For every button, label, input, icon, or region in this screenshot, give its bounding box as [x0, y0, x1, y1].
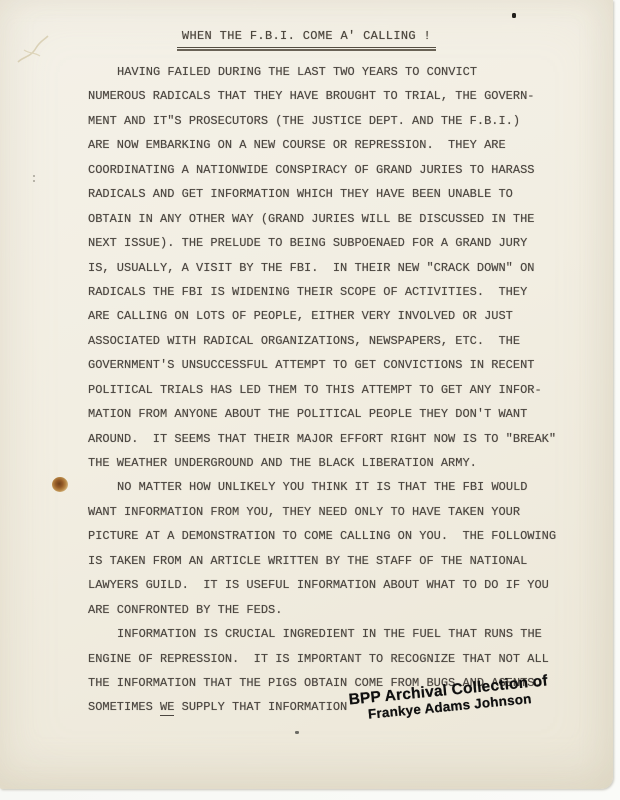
edge-mark [33, 175, 35, 177]
text-segment: SOMETIMES [88, 700, 160, 714]
text-line: HAVING FAILED DURING THE LAST TWO YEARS … [88, 60, 588, 84]
title-container: WHEN THE F.B.I. COME A' CALLING ! [0, 26, 613, 48]
text-line: MATION FROM ANYONE ABOUT THE POLITICAL P… [88, 402, 588, 426]
text-line: RADICALS THE FBI IS WIDENING THEIR SCOPE… [88, 280, 588, 304]
text-line: RADICALS AND GET INFORMATION WHICH THEY … [88, 182, 588, 206]
text-line: GOVERNMENT'S UNSUCCESSFUL ATTEMPT TO GET… [88, 353, 588, 377]
text-line: COORDINATING A NATIONWIDE CONSPIRACY OF … [88, 158, 588, 182]
body-lines: HAVING FAILED DURING THE LAST TWO YEARS … [88, 60, 588, 720]
underlined-word: WE [160, 700, 174, 716]
text-line: THE WEATHER UNDERGROUND AND THE BLACK LI… [88, 451, 588, 475]
text-line: IS, USUALLY, A VISIT BY THE FBI. IN THEI… [88, 256, 588, 280]
text-line: AROUND. IT SEEMS THAT THEIR MAJOR EFFORT… [88, 427, 588, 451]
coffee-stain [52, 477, 68, 492]
text-line: MENT AND IT"S PROSECUTORS (THE JUSTICE D… [88, 109, 588, 133]
text-line: POLITICAL TRIALS HAS LED THEM TO THIS AT… [88, 378, 588, 402]
text-line: NEXT ISSUE). THE PRELUDE TO BEING SUBPOE… [88, 231, 588, 255]
text-line: LAWYERS GUILD. IT IS USEFUL INFORMATION … [88, 573, 588, 597]
ink-dot [512, 13, 516, 18]
text-line: ARE CALLING ON LOTS OF PEOPLE, EITHER VE… [88, 304, 588, 328]
text-line: ARE NOW EMBARKING ON A NEW COURSE OR REP… [88, 133, 588, 157]
page-title: WHEN THE F.B.I. COME A' CALLING ! [177, 29, 436, 48]
text-line: PICTURE AT A DEMONSTRATION TO COME CALLI… [88, 524, 588, 548]
text-line: IS TAKEN FROM AN ARTICLE WRITTEN BY THE … [88, 549, 588, 573]
text-line: ASSOCIATED WITH RADICAL ORGANIZATIONS, N… [88, 329, 588, 353]
text-line: OBTAIN IN ANY OTHER WAY (GRAND JURIES WI… [88, 207, 588, 231]
text-line: NUMEROUS RADICALS THAT THEY HAVE BROUGHT… [88, 84, 588, 108]
text-line: NO MATTER HOW UNLIKELY YOU THINK IT IS T… [88, 475, 588, 499]
text-line: ARE CONFRONTED BY THE FEDS. [88, 598, 588, 622]
text-segment: SUPPLY THAT INFORMATION [174, 700, 347, 714]
text-line: INFORMATION IS CRUCIAL INGREDIENT IN THE… [88, 622, 588, 646]
paper-speck [295, 731, 299, 734]
text-line: WANT INFORMATION FROM YOU, THEY NEED ONL… [88, 500, 588, 524]
document-page: WHEN THE F.B.I. COME A' CALLING ! HAVING… [0, 0, 613, 789]
text-line: ENGINE OF REPRESSION. IT IS IMPORTANT TO… [88, 647, 588, 671]
